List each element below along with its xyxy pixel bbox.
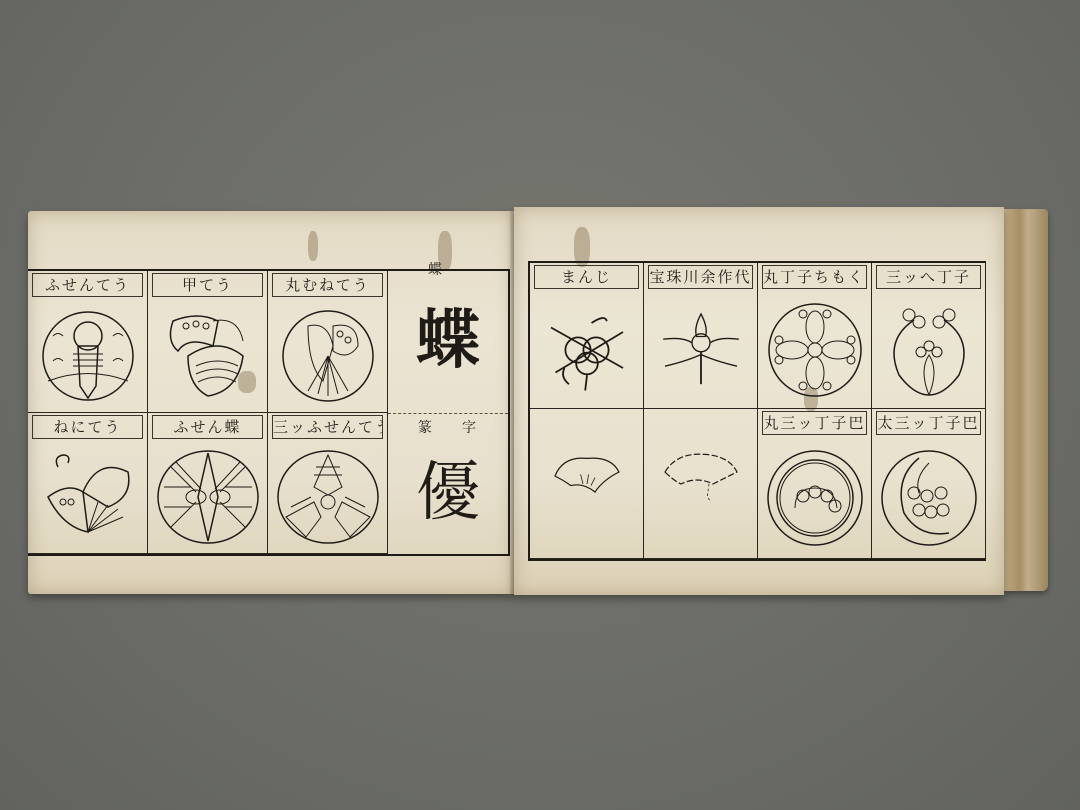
armored-butterfly-crest-icon: [158, 306, 258, 406]
three-butterfly-crest-icon: [276, 447, 380, 547]
round-clove-tomoe-crest-icon: [765, 448, 865, 548]
crest-cell: 丸丁子ちもくこ: [758, 263, 872, 409]
left-crest-frame: ふせんてう 甲てう: [28, 269, 510, 556]
crest-label: 三ッふせんてう: [272, 415, 383, 439]
open-book: ふせんてう 甲てう: [28, 207, 1048, 597]
fan-fragment-damaged-icon: [661, 446, 741, 506]
crest-label: 丸三ッ丁子巴: [762, 411, 867, 435]
manji-swirl-crest-icon: [542, 305, 632, 395]
clove-flower-crest-icon: [656, 305, 746, 395]
right-crest-frame: まんじ 宝珠川余作代: [528, 261, 986, 561]
three-clove-crest-icon: [879, 300, 979, 400]
crest-label: 太三ッ丁子巴: [876, 411, 981, 435]
seal-script-upper: 蝶: [416, 289, 480, 381]
crest-cell: ふせんてう: [28, 271, 148, 413]
crest-label: 宝珠川余作代: [648, 265, 753, 289]
crest-cell: 三ッふせんてう: [268, 413, 388, 554]
crest-label: ふせんてう: [32, 273, 143, 297]
crest-cell: 宝珠川余作代: [644, 263, 758, 409]
crest-label: 三ッへ丁子: [876, 265, 981, 289]
left-page: ふせんてう 甲てう: [28, 211, 514, 594]
header-character: 蝶: [428, 259, 442, 279]
crest-cell: ねにてう: [28, 413, 148, 554]
crest-cell: [644, 409, 758, 559]
crest-label: 丸丁子ちもくこ: [762, 265, 867, 289]
crest-label: ねにてう: [32, 415, 143, 439]
crest-label: まんじ: [534, 265, 639, 289]
seal-script-panel: 蝶 蝶 篆字 優: [388, 271, 508, 554]
crest-label: 丸むねてう: [272, 273, 383, 297]
seal-script-lower: 優: [416, 441, 480, 533]
crest-label: 甲てう: [152, 273, 263, 297]
crest-cell: ふせん蝶: [148, 413, 268, 554]
crest-cell: 三ッへ丁子: [872, 263, 986, 409]
right-page: まんじ 宝珠川余作代: [514, 207, 1004, 595]
crest-cell: まんじ: [530, 263, 644, 409]
double-butterfly-crest-icon: [156, 447, 260, 547]
crest-cell: [530, 409, 644, 559]
butterfly-crest-roundel-icon: [38, 306, 138, 406]
crest-cell: 甲てう: [148, 271, 268, 413]
crest-label: ふせん蝶: [152, 415, 263, 439]
crest-cell: 丸むねてう: [268, 271, 388, 413]
crest-cell: 丸三ッ丁子巴: [758, 409, 872, 559]
thick-clove-tomoe-crest-icon: [879, 448, 979, 548]
seal-script-caption: 篆字: [418, 417, 506, 437]
round-butterfly-crest-icon: [278, 306, 378, 406]
crest-cell: 太三ッ丁子巴: [872, 409, 986, 559]
wing-butterfly-crest-icon: [38, 447, 138, 547]
fan-fragment-icon: [547, 451, 627, 501]
round-four-clove-crest-icon: [765, 300, 865, 400]
book-spine: [1004, 209, 1048, 591]
